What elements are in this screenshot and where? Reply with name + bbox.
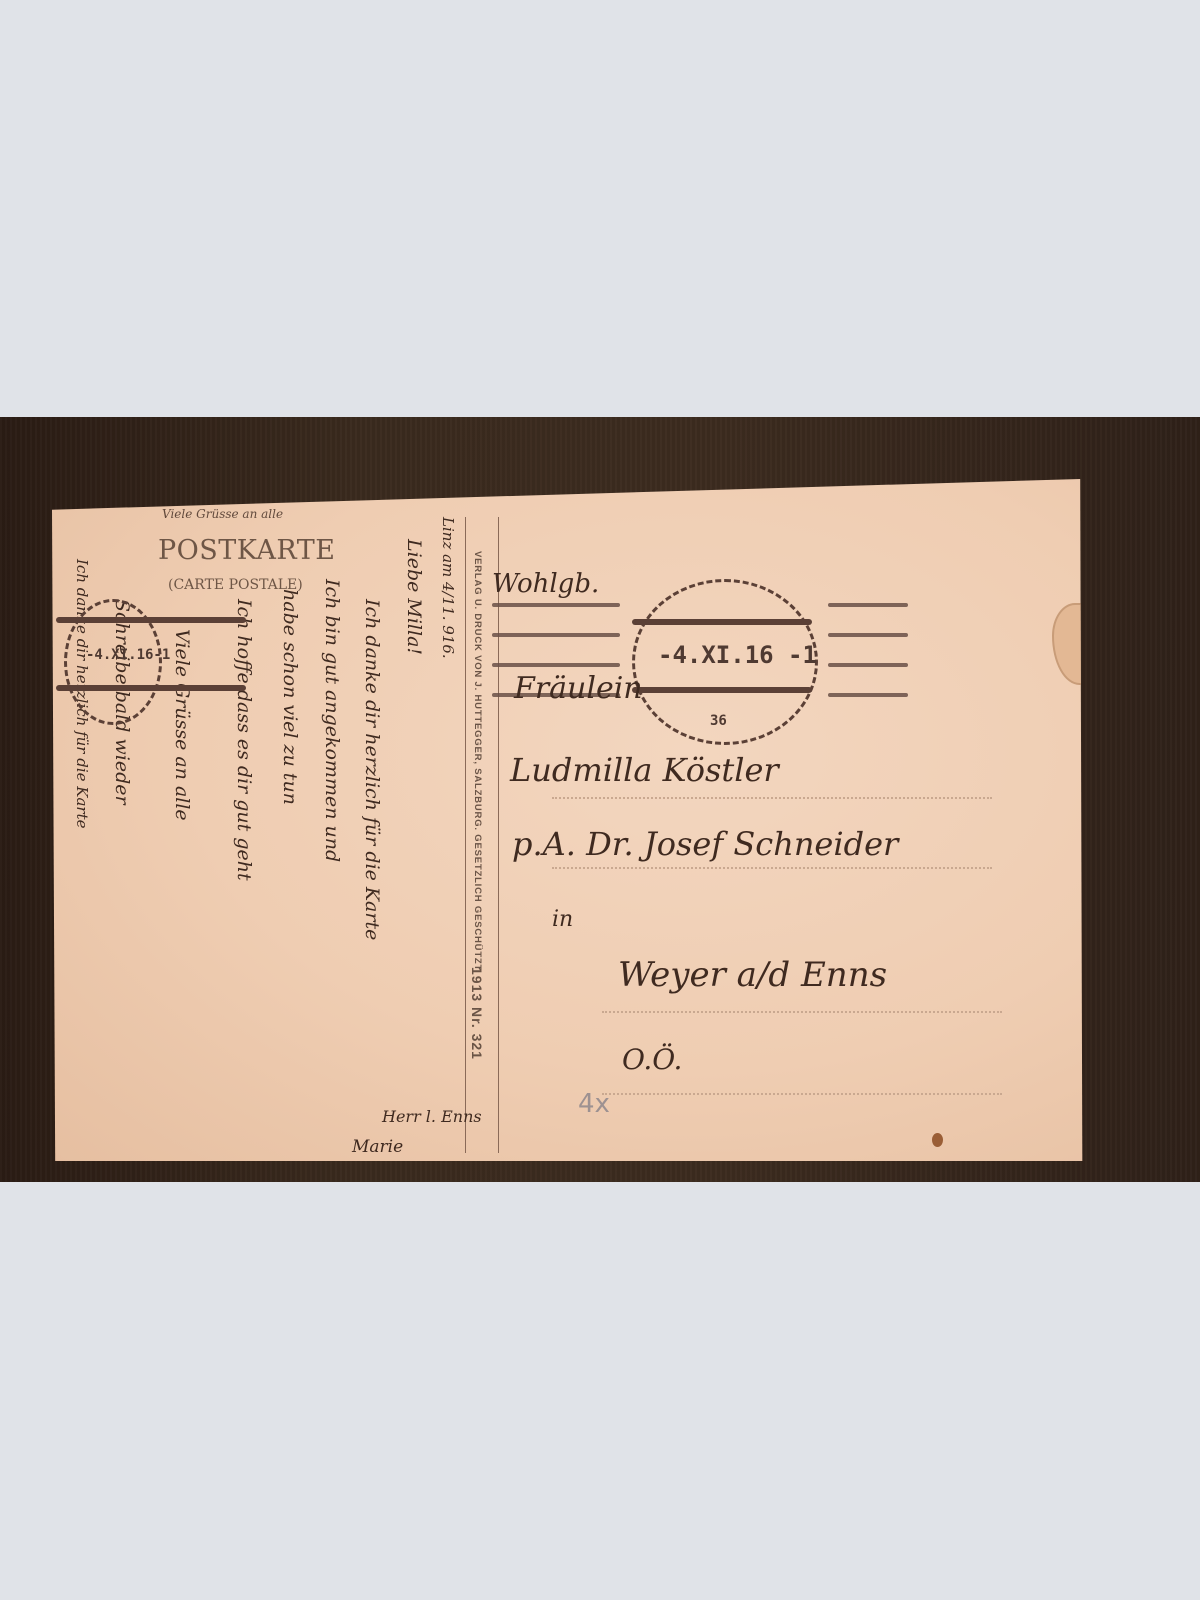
address-line-4 <box>602 1093 1002 1095</box>
message-greeting: Liebe Milla! <box>404 539 423 655</box>
postcard-title: POSTKARTE <box>158 535 335 566</box>
cancel-wave <box>828 633 908 637</box>
postmark-left-bar <box>56 685 246 691</box>
postmark-date: -4.XI.16 -1 <box>658 641 817 669</box>
message-line: Viele Grüsse an alle <box>172 629 191 821</box>
address-name: Ludmilla Köstler <box>510 751 779 789</box>
address-line-2 <box>552 867 992 869</box>
message-date: Linz am 4/11. 916. <box>440 517 455 659</box>
paper-spot <box>932 1133 943 1147</box>
address-salutation: Wohlgb. <box>492 569 599 599</box>
message-line: Ich hoffe dass es dir gut geht <box>234 599 253 881</box>
address-preposition: in <box>552 907 573 932</box>
cancel-wave <box>828 603 908 607</box>
cancel-wave <box>492 633 620 637</box>
signature-line-1: Herr l. Enns <box>382 1107 482 1126</box>
edition-number: 1913 Nr. 321 <box>469 967 485 1060</box>
divider-line-right <box>498 517 499 1153</box>
postmark-main-bar <box>632 619 812 625</box>
message-line: Ich danke dir herzlich für die Karte <box>362 599 381 940</box>
postmark-main-bar <box>632 687 812 693</box>
address-prefix: Fräulein <box>514 671 643 706</box>
address-region: O.Ö. <box>622 1043 682 1076</box>
cancel-wave <box>492 663 620 667</box>
postmark-left-bar <box>56 617 246 623</box>
pencil-annotation: 4x <box>578 1089 610 1119</box>
paper-stain <box>1052 603 1098 685</box>
divider-line-left <box>465 517 466 1153</box>
postmark-left-date: -4.XI.16-1 <box>86 647 170 663</box>
message-line: Ich bin gut angekommen und <box>322 579 341 862</box>
cancel-wave <box>492 603 620 607</box>
cancel-wave <box>828 693 908 697</box>
address-line-3 <box>602 1011 1002 1013</box>
cancel-wave <box>828 663 908 667</box>
signature-line-2: Marie <box>352 1137 403 1157</box>
postmark-number: 36 <box>710 713 727 729</box>
postcard-photo: POSTKARTE (CARTE POSTALE) VERLAG U. DRUC… <box>0 417 1200 1182</box>
address-care-of: p.A. Dr. Josef Schneider <box>512 825 898 863</box>
postcard: POSTKARTE (CARTE POSTALE) VERLAG U. DRUC… <box>52 479 1112 1161</box>
address-line-1 <box>552 797 992 799</box>
publisher-imprint: VERLAG U. DRUCK VON J. HUTTEGGER, SALZBU… <box>472 551 483 971</box>
message-line: habe schon viel zu tun <box>280 589 299 805</box>
message-top-line: Viele Grüsse an alle <box>162 507 283 521</box>
address-town: Weyer a/d Enns <box>618 955 887 995</box>
